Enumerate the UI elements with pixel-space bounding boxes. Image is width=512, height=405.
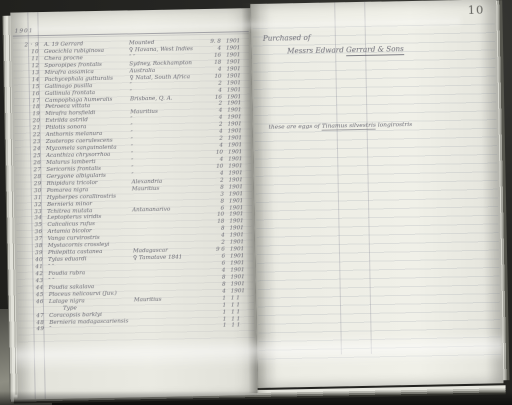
vendor-name: Messrs Edward Gerrard & Sons	[287, 44, 404, 55]
header-rule	[13, 31, 249, 37]
year-heading: 1901	[15, 28, 34, 34]
purchase-heading: Purchased of	[263, 33, 311, 43]
left-page: 1901 2 · 9A. 19 GerrardMounted9. 8190110…	[10, 8, 257, 400]
open-book: 1901 2 · 9A. 19 GerrardMounted9. 8190110…	[0, 0, 512, 405]
handwritten-note: these are eggs of Tinamus silvestris lon…	[269, 122, 413, 131]
ruled-lines	[253, 23, 501, 360]
bottom-shadow	[0, 391, 512, 405]
page-number: 10	[468, 3, 485, 17]
column-rule	[334, 2, 342, 354]
ledger-scan-photo: 1901 2 · 9A. 19 GerrardMounted9. 8190110…	[0, 0, 512, 405]
ledger-rows: 2 · 9A. 19 GerrardMounted9. 8190110Geoci…	[11, 38, 257, 334]
right-page: 10 Purchased of Messrs Edward Gerrard & …	[250, 0, 503, 388]
